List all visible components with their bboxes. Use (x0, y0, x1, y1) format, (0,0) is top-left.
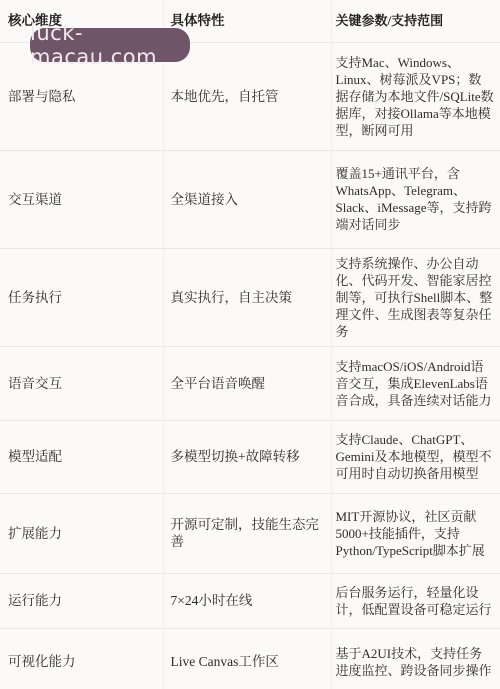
dimension-cell: 可视化能力 (0, 628, 163, 689)
table-row: 语音交互 全平台语音唤醒 支持macOS/iOS/Android语音交互，集成E… (0, 346, 500, 420)
feature-cell: 开源可定制，技能生态完善 (163, 493, 331, 573)
dimension-cell: 语音交互 (0, 346, 163, 420)
feature-cell: Live Canvas工作区 (163, 628, 331, 689)
params-cell: 支持macOS/iOS/Android语音交互，集成ElevenLabs语音合成… (331, 346, 500, 420)
table-row: 交互渠道 全渠道接入 覆盖15+通讯平台，含WhatsApp、Telegram、… (0, 150, 500, 248)
feature-cell: 真实执行，自主决策 (163, 248, 331, 346)
dimension-cell: 扩展能力 (0, 493, 163, 573)
params-cell: 支持系统操作、办公自动化、代码开发、智能家居控制等，可执行Shell脚本、整理文… (331, 248, 500, 346)
feature-cell: 多模型切换+故障转移 (163, 420, 331, 493)
feature-cell: 全渠道接入 (163, 150, 331, 248)
dimension-cell: 运行能力 (0, 573, 163, 628)
params-cell: 支持Mac、Windows、Linux、树莓派及VPS；数据存储为本地文件/SQ… (331, 42, 500, 150)
table-row: 运行能力 7×24小时在线 后台服务运行，轻量化设计，低配置设备可稳定运行 (0, 573, 500, 628)
watermark-text: luck-macau.com (30, 21, 190, 69)
table-row: 扩展能力 开源可定制，技能生态完善 MIT开源协议，社区贡献5000+技能插件，… (0, 493, 500, 573)
page: luck-macau.com 核心维度 具体特性 关键参数/支持范围 部署与隐私… (0, 0, 500, 689)
feature-cell: 全平台语音唤醒 (163, 346, 331, 420)
dimension-cell: 模型适配 (0, 420, 163, 493)
table-row: 可视化能力 Live Canvas工作区 基于A2UI技术，支持任务进度监控、跨… (0, 628, 500, 689)
table-row: 模型适配 多模型切换+故障转移 支持Claude、ChatGPT、Gemini及… (0, 420, 500, 493)
params-cell: 基于A2UI技术，支持任务进度监控、跨设备同步操作 (331, 628, 500, 689)
feature-cell: 7×24小时在线 (163, 573, 331, 628)
dimension-cell: 交互渠道 (0, 150, 163, 248)
watermark-badge: luck-macau.com (30, 28, 190, 62)
params-cell: MIT开源协议，社区贡献5000+技能插件，支持Python/TypeScrip… (331, 493, 500, 573)
params-cell: 覆盖15+通讯平台，含WhatsApp、Telegram、Slack、iMess… (331, 150, 500, 248)
params-cell: 后台服务运行，轻量化设计，低配置设备可稳定运行 (331, 573, 500, 628)
table-row: 任务执行 真实执行，自主决策 支持系统操作、办公自动化、代码开发、智能家居控制等… (0, 248, 500, 346)
spec-table: 核心维度 具体特性 关键参数/支持范围 部署与隐私 本地优先，自托管 支持Mac… (0, 0, 500, 689)
params-cell: 支持Claude、ChatGPT、Gemini及本地模型，模型不可用时自动切换备… (331, 420, 500, 493)
dimension-cell: 任务执行 (0, 248, 163, 346)
header-params: 关键参数/支持范围 (331, 0, 500, 42)
